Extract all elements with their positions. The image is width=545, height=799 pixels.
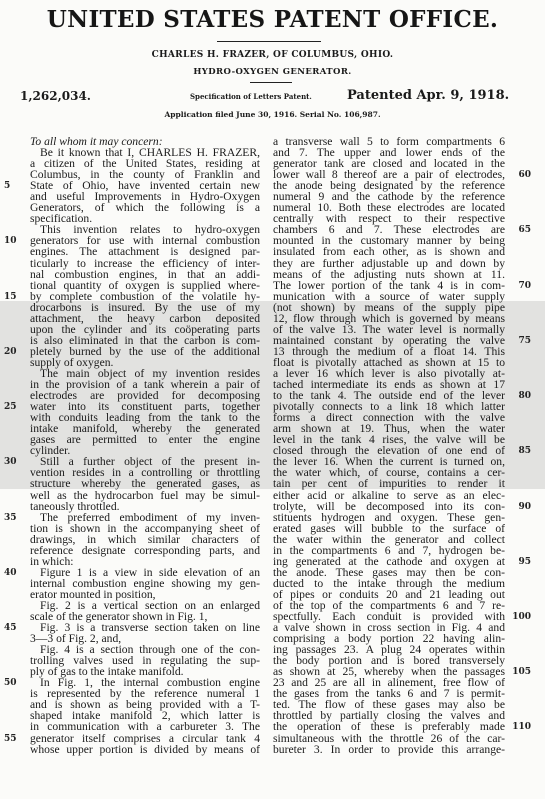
line-number: 80: [518, 391, 531, 402]
specification-label: Specification of Letters Patent.: [190, 92, 312, 101]
subtitle-rule: [250, 82, 292, 83]
line-number: 15: [4, 292, 17, 303]
patented-date: Patented Apr. 9, 1918.: [347, 88, 509, 103]
office-title: UNITED STATES PATENT OFFICE.: [0, 6, 545, 33]
line-number: 100: [512, 612, 531, 623]
line-number: 90: [518, 502, 531, 513]
text-line: bureter 3. In order to provide this arra…: [273, 744, 505, 755]
line-number: 25: [4, 402, 17, 413]
line-number: 40: [4, 568, 17, 579]
line-number: 60: [518, 170, 531, 181]
title-rule: [217, 41, 321, 42]
inventor-line: CHARLES H. FRAZER, OF COLUMBUS, OHIO.: [0, 50, 545, 60]
line-number: 45: [4, 623, 17, 634]
line-number: 110: [512, 722, 531, 733]
right-text-column: a transverse wall 5 to form compartments…: [273, 136, 505, 755]
line-number: 30: [4, 457, 17, 468]
line-number: 95: [518, 557, 531, 568]
line-number: 20: [4, 347, 17, 358]
application-line: Application filed June 30, 1916. Serial …: [0, 110, 545, 119]
text-line: whose upper portion is divided by means …: [30, 744, 260, 755]
invention-title: HYDRO-OXYGEN GENERATOR.: [0, 67, 545, 77]
line-number: 105: [512, 667, 531, 678]
line-number: 50: [4, 678, 17, 689]
line-number: 5: [4, 181, 10, 192]
line-number: 35: [4, 513, 17, 524]
line-number: 70: [518, 281, 531, 292]
line-number: 55: [4, 734, 17, 745]
patent-number: 1,262,034.: [20, 89, 91, 103]
left-text-column: To all whom it may concern:Be it known t…: [30, 136, 260, 755]
patent-page: UNITED STATES PATENT OFFICE. CHARLES H. …: [0, 0, 545, 799]
line-number: 75: [518, 336, 531, 347]
line-number: 85: [518, 446, 531, 457]
line-number: 10: [4, 236, 17, 247]
line-text: bureter 3. In order to provide this arra…: [273, 743, 505, 756]
line-number: 65: [518, 225, 531, 236]
line-text: whose upper portion is divided by means …: [30, 743, 260, 756]
